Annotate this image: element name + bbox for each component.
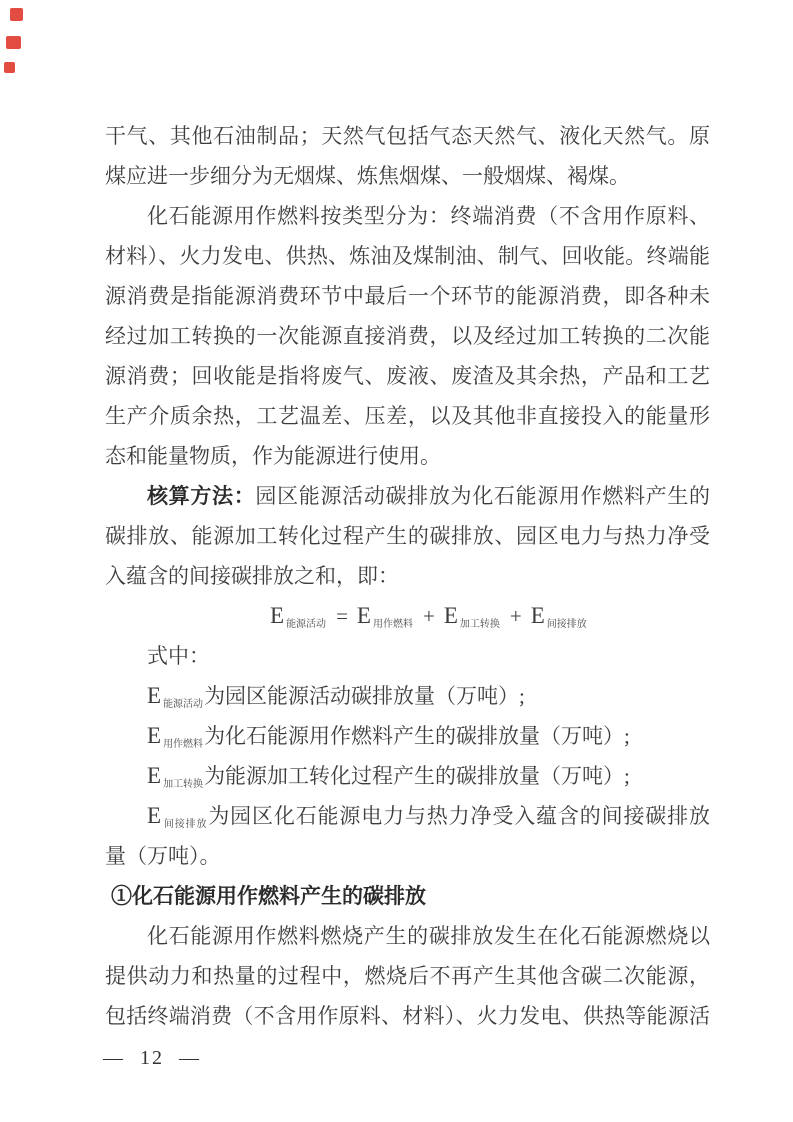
document-page: 干气、其他石油制品；天然气包括气态天然气、液化天然气。原煤应进一步细分为无烟煤、… <box>0 0 793 1122</box>
body-text: 量（万吨）。 <box>105 844 221 868</box>
body-text: 为园区化石能源电力与热力净受入蕴含的间接碳排放 <box>208 804 710 828</box>
variable-E: E <box>147 723 161 748</box>
text-line: 式中： <box>105 636 710 676</box>
text-line: 干气、其他石油制品；天然气包括气态天然气、液化天然气。原 <box>105 116 710 156</box>
text-line: 入蕴含的间接碳排放之和，即： <box>105 556 710 596</box>
body-text: 为化石能源用作燃料产生的碳排放量（万吨）; <box>204 724 630 748</box>
variable-E: E <box>147 763 161 788</box>
variable-E: E <box>357 603 371 628</box>
text-line: 核算方法：园区能源活动碳排放为化石能源用作燃料产生的 <box>105 476 710 516</box>
text-line: 源消费是指能源消费环节中最后一个环节的能源消费，即各种未 <box>105 276 710 316</box>
text-line: 材料）、火力发电、供热、炼油及煤制油、制气、回收能。终端能 <box>105 236 710 276</box>
body-text: 包括终端消费（不含用作原料、材料）、火力发电、供热等能源活 <box>105 1004 710 1028</box>
formula-line: E能源活动=E用作燃料+E加工转换+E间接排放 <box>105 596 710 636</box>
body-text: 为能源加工转化过程产生的碳排放量（万吨）; <box>204 764 630 788</box>
variable-subscript: 间接排放 <box>547 619 587 630</box>
document-content: 干气、其他石油制品；天然气包括气态天然气、液化天然气。原煤应进一步细分为无烟煤、… <box>105 116 710 1036</box>
body-text: 经过加工转换的一次能源直接消费，以及经过加工转换的二次能 <box>105 324 710 348</box>
variable-E: E <box>270 603 284 628</box>
bold-text: ①化石能源用作燃料产生的碳排放 <box>111 884 426 908</box>
text-line: 源消费；回收能是指将废气、废液、废渣及其余热，产品和工艺 <box>105 356 710 396</box>
body-text: 化石能源用作燃料燃烧产生的碳排放发生在化石能源燃烧以 <box>147 924 710 948</box>
red-scan-mark <box>10 8 23 21</box>
body-text: 入蕴含的间接碳排放之和，即： <box>105 564 399 588</box>
text-line: 包括终端消费（不含用作原料、材料）、火力发电、供热等能源活 <box>105 996 710 1036</box>
variable-subscript: 间接排放 <box>163 819 207 830</box>
red-scan-mark <box>4 62 15 73</box>
body-text: 态和能量物质，作为能源进行使用。 <box>105 444 441 468</box>
variable-E: E <box>444 603 458 628</box>
text-line: 态和能量物质，作为能源进行使用。 <box>105 436 710 476</box>
body-text: 煤应进一步细分为无烟煤、炼焦烟煤、一般烟煤、褐煤。 <box>105 164 630 188</box>
text-line: 量（万吨）。 <box>105 836 710 876</box>
page-number: — 12 — <box>103 1038 201 1078</box>
body-text: 碳排放、能源加工转化过程产生的碳排放、园区电力与热力净受 <box>105 524 710 548</box>
variable-subscript: 用作燃料 <box>373 619 413 630</box>
text-line: 化石能源用作燃料按类型分为：终端消费（不含用作原料、 <box>105 196 710 236</box>
body-text: 园区能源活动碳排放为化石能源用作燃料产生的 <box>255 484 710 508</box>
text-line: E能源活动为园区能源活动碳排放量（万吨）; <box>105 676 710 716</box>
bold-text: 核算方法： <box>147 484 255 508</box>
text-line: 化石能源用作燃料燃烧产生的碳排放发生在化石能源燃烧以 <box>105 916 710 956</box>
text-line: ①化石能源用作燃料产生的碳排放 <box>105 876 710 916</box>
variable-E: E <box>531 603 545 628</box>
variable-E: E <box>147 803 161 828</box>
text-line: E加工转换为能源加工转化过程产生的碳排放量（万吨）; <box>105 756 710 796</box>
variable-subscript: 能源活动 <box>163 699 203 710</box>
text-line: 煤应进一步细分为无烟煤、炼焦烟煤、一般烟煤、褐煤。 <box>105 156 710 196</box>
formula-operator: + <box>510 604 522 628</box>
body-text: 为园区能源活动碳排放量（万吨）; <box>204 684 525 708</box>
body-text: 式中： <box>147 644 210 668</box>
body-text: 化石能源用作燃料按类型分为：终端消费（不含用作原料、 <box>147 204 710 228</box>
body-text: 提供动力和热量的过程中，燃烧后不再产生其他含碳二次能源， <box>105 964 710 988</box>
text-line: 生产介质余热，工艺温差、压差，以及其他非直接投入的能量形 <box>105 396 710 436</box>
text-line: E用作燃料为化石能源用作燃料产生的碳排放量（万吨）; <box>105 716 710 756</box>
body-text: 生产介质余热，工艺温差、压差，以及其他非直接投入的能量形 <box>105 404 710 428</box>
red-scan-mark <box>6 36 21 49</box>
variable-E: E <box>147 683 161 708</box>
text-line: 经过加工转换的一次能源直接消费，以及经过加工转换的二次能 <box>105 316 710 356</box>
variable-subscript: 用作燃料 <box>163 739 203 750</box>
text-line: E间接排放为园区化石能源电力与热力净受入蕴含的间接碳排放 <box>105 796 710 836</box>
formula-operator: = <box>336 604 348 628</box>
body-text: 材料）、火力发电、供热、炼油及煤制油、制气、回收能。终端能 <box>105 244 710 268</box>
variable-subscript: 能源活动 <box>286 619 326 630</box>
variable-subscript: 加工转换 <box>460 619 500 630</box>
body-text: 源消费；回收能是指将废气、废液、废渣及其余热，产品和工艺 <box>105 364 710 388</box>
text-line: 碳排放、能源加工转化过程产生的碳排放、园区电力与热力净受 <box>105 516 710 556</box>
variable-subscript: 加工转换 <box>163 779 203 790</box>
body-text: 源消费是指能源消费环节中最后一个环节的能源消费，即各种未 <box>105 284 710 308</box>
formula-operator: + <box>423 604 435 628</box>
body-text: 干气、其他石油制品；天然气包括气态天然气、液化天然气。原 <box>105 124 710 148</box>
text-line: 提供动力和热量的过程中，燃烧后不再产生其他含碳二次能源， <box>105 956 710 996</box>
